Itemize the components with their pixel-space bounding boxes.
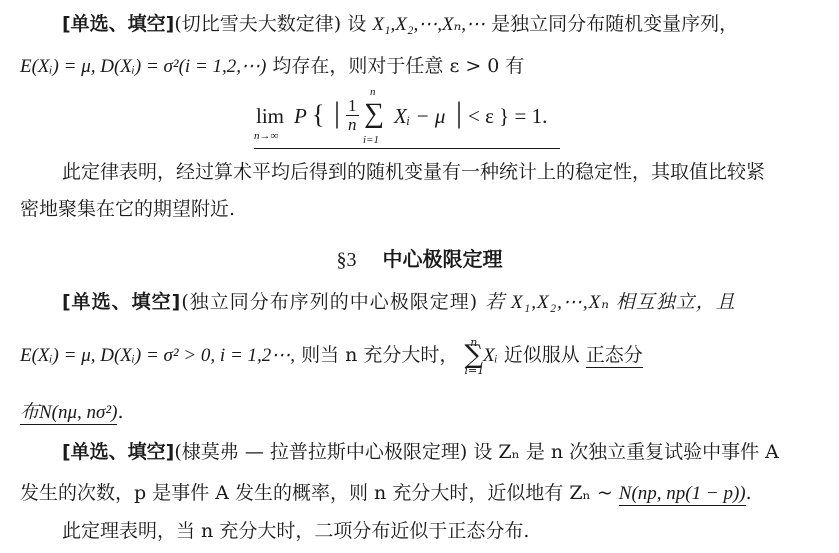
period: . [746, 482, 752, 504]
explanation-line2: 密地聚集在它的期望附近. [20, 197, 235, 221]
abs-bar-right: | [456, 96, 462, 130]
lim-subscript: n→∞ [254, 130, 278, 142]
text: 设 Zₙ 是 n 次独立重复试验中事件 A [473, 441, 779, 463]
left-brace: { [312, 100, 324, 130]
sum-lower-limit: i=1 [363, 134, 379, 146]
sum-lower-limit: i=1 [464, 359, 483, 383]
conclusion-line: 此定理表明，当 n 充分大时，二项分布近似于正态分布. [62, 519, 529, 543]
answer-blank-part2: 布N(nμ, nσ²) [20, 402, 117, 425]
question-type-tag: [单选、填空] [62, 441, 174, 463]
formula-underline [254, 148, 560, 149]
sigma-icon: ∑ [364, 98, 384, 130]
theorem-name: (独立同分布序列的中心极限定理) [181, 291, 478, 313]
text: 若 X₁,X₂,⋯,Xₙ 相互独立，且 [485, 292, 735, 313]
text: 发生的次数，p 是事件 A 发生的概率，则 n 充分大时，近似地有 Zₙ ~ [20, 482, 613, 504]
sum-expression: n ∑ i=1 [464, 343, 483, 369]
chebyshev-limit-formula: lim n→∞ P { | 1 n ∑ n i=1 Xᵢ − μ | < ε }… [254, 90, 559, 152]
fraction-numerator: 1 [346, 97, 359, 116]
section-title: 中心极限定理 [383, 247, 503, 271]
fraction: 1 n [346, 97, 359, 134]
answer-blank-part1: 正态分 [586, 344, 643, 368]
sum-upper-limit: n [464, 331, 483, 355]
text: 均存在，则对于任意 ε > 0 有 [272, 55, 524, 77]
summand: Xᵢ − μ [394, 104, 445, 129]
text: 近似服从 [504, 344, 580, 366]
lim-operator: lim [256, 104, 284, 129]
text: 则当 n 充分大时， [301, 344, 458, 366]
de-moivre-laplace-line2: 发生的次数，p 是事件 A 发生的概率，则 n 充分大时，近似地有 Zₙ ~ N… [20, 481, 752, 506]
explanation-line1: 此定律表明，经过算术平均后得到的随机变量有一种统计上的稳定性，其取值比较紧 [62, 160, 765, 184]
fraction-denominator: n [346, 116, 359, 134]
question-type-tag: [单选、填空] [62, 13, 174, 35]
text: 是独立同分布随机变量序列， [491, 13, 738, 35]
section-heading: §3中心极限定理 [0, 243, 839, 272]
formula-rhs: < ε } = 1. [468, 104, 547, 129]
probability-symbol: P [294, 104, 307, 129]
chebyshev-law-statement-line1: [单选、填空](切比雪夫大数定律) 设 X₁,X₂,⋯,Xₙ,⋯ 是独立同分布随… [62, 12, 738, 37]
answer-blank: N(np, np(1 − p)) [619, 483, 746, 506]
clt-statement-line2: E(Xᵢ) = μ, D(Xᵢ) = σ² > 0, i = 1,2⋯, 则当 … [20, 343, 643, 369]
summand: Xᵢ [483, 345, 498, 366]
expectation-variance-math: E(Xᵢ) = μ, D(Xᵢ) = σ² > 0, i = 1,2⋯, [20, 345, 295, 366]
clt-statement-line3: 布N(nμ, nσ²). [20, 400, 123, 425]
text: 设 [347, 13, 366, 35]
expectation-variance-math: E(Xᵢ) = μ, D(Xᵢ) = σ²(i = 1,2,⋯) [20, 56, 266, 77]
sum-upper-limit: n [370, 86, 376, 98]
variable-sequence: X₁,X₂,⋯,Xₙ,⋯ [372, 14, 485, 35]
theorem-name: (棣莫弗 — 拉普拉斯中心极限定理) [174, 441, 467, 463]
question-type-tag: [单选、填空] [62, 291, 181, 313]
section-number: §3 [337, 249, 357, 271]
de-moivre-laplace-line1: [单选、填空](棣莫弗 — 拉普拉斯中心极限定理) 设 Zₙ 是 n 次独立重复… [62, 440, 779, 464]
abs-bar-left: | [334, 96, 340, 130]
theorem-name: (切比雪夫大数定律) [174, 13, 341, 35]
period: . [117, 401, 123, 423]
clt-statement-line1: [单选、填空](独立同分布序列的中心极限定理) 若 X₁,X₂,⋯,Xₙ 相互独… [62, 290, 736, 315]
chebyshev-law-statement-line2: E(Xᵢ) = μ, D(Xᵢ) = σ²(i = 1,2,⋯) 均存在，则对于… [20, 54, 524, 79]
